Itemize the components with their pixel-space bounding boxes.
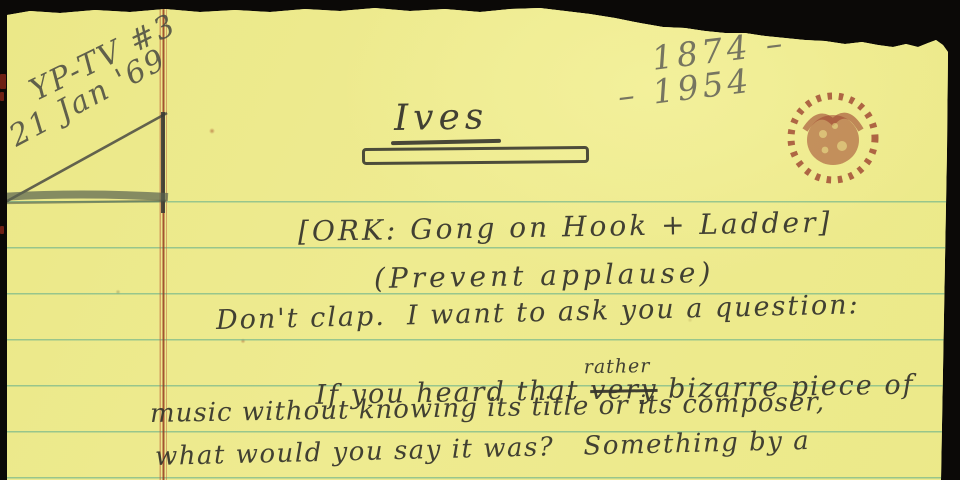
photo-background: YP-TV #3 21 Jan '69 1874 – – 1954 Ives [… <box>0 0 960 480</box>
inserted-word: rather <box>584 357 651 377</box>
copyright-stamp-icon <box>785 88 881 188</box>
manuscript-page: YP-TV #3 21 Jan '69 1874 – – 1954 Ives [… <box>0 0 960 480</box>
photo-edge-fragment <box>0 92 4 101</box>
photo-edge-fragment <box>0 74 6 89</box>
page-title: Ives <box>394 99 489 137</box>
stage-direction-line: (Prevent applause) <box>374 259 715 293</box>
title-box <box>362 146 589 165</box>
photo-edge-fragment <box>0 226 4 234</box>
